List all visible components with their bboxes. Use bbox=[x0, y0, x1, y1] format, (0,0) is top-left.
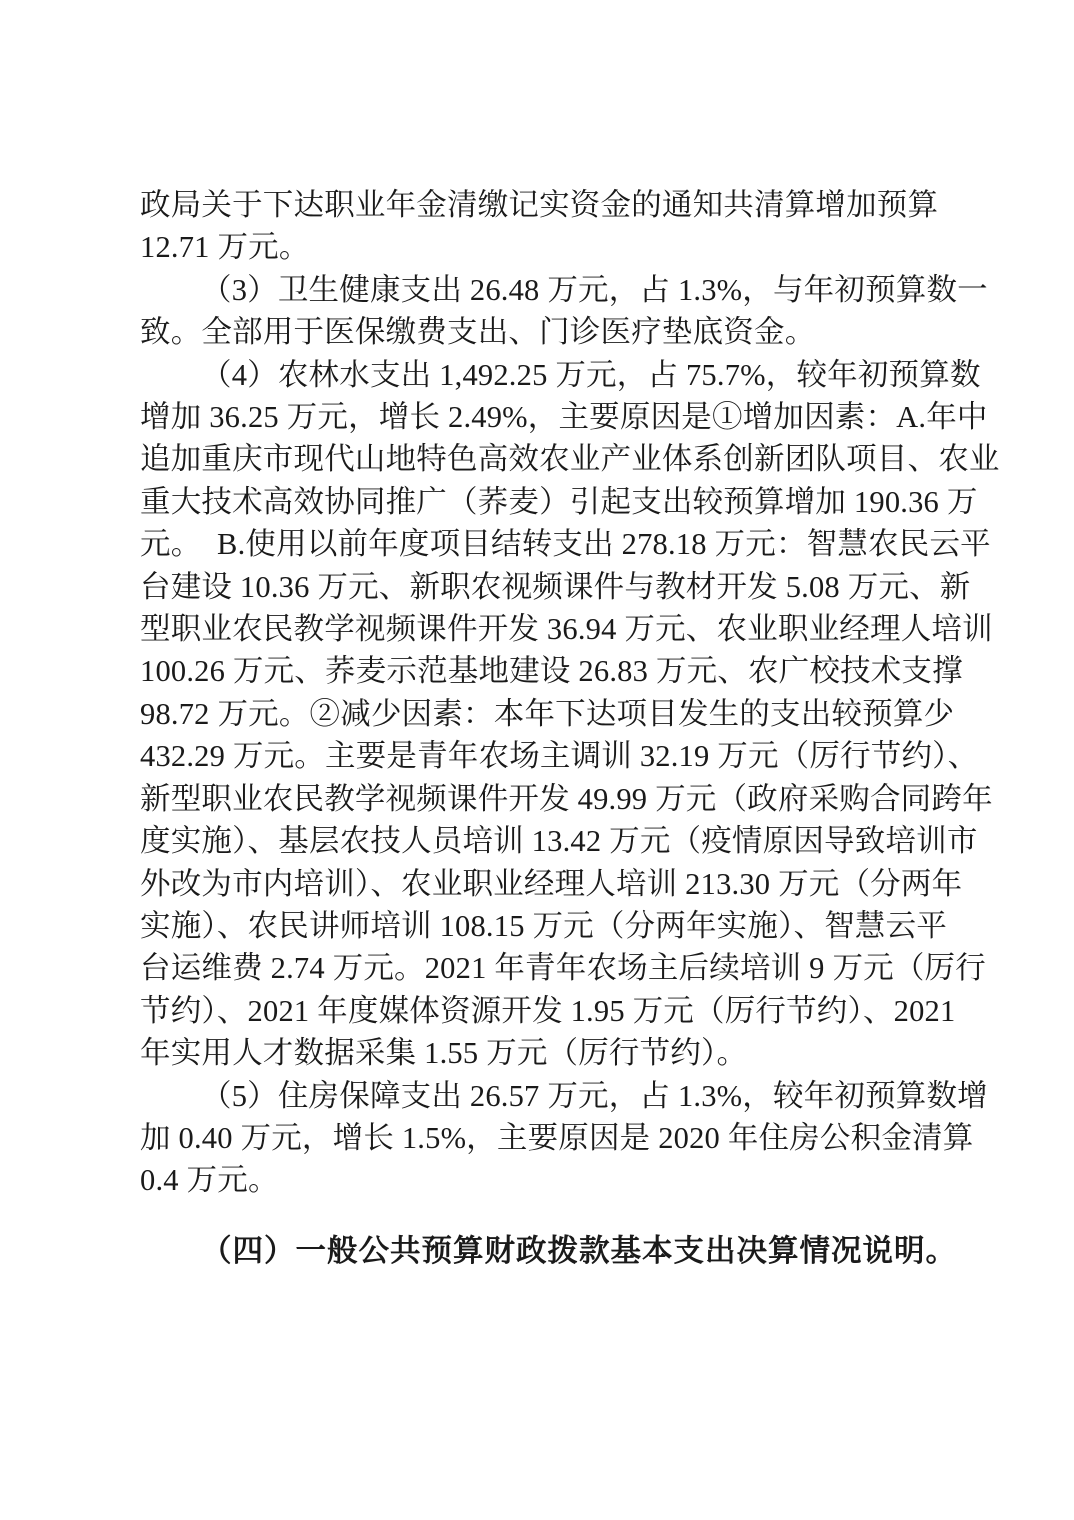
text-line: 外改为市内培训）、农业职业经理人培训 213.30 万元（分两年 bbox=[140, 863, 940, 905]
text-line: 型职业农民教学视频课件开发 36.94 万元、农业职业经理人培训 bbox=[140, 608, 940, 650]
section-heading-4-basic-expenditure-statement: （四）一般公共预算财政拨款基本支出决算情况说明。 bbox=[140, 1230, 940, 1272]
document-body: 政局关于下达职业年金清缴记实资金的通知共清算增加预算12.71 万元。（3）卫生… bbox=[140, 184, 940, 1272]
text-line: 432.29 万元。主要是青年农场主调训 32.19 万元（厉行节约）、 bbox=[140, 735, 940, 777]
text-line: 100.26 万元、荞麦示范基地建设 26.83 万元、农广校技术支撑 bbox=[140, 650, 940, 692]
text-line: 度实施）、基层农技人员培训 13.42 万元（疫情原因导致培训市 bbox=[140, 820, 940, 862]
text-line: 重大技术高效协同推广（荞麦）引起支出较预算增加 190.36 万 bbox=[140, 481, 940, 523]
text-line: （四）一般公共预算财政拨款基本支出决算情况说明。 bbox=[140, 1230, 940, 1272]
paragraph-5-housing-security-expenditure: （5）住房保障支出 26.57 万元，占 1.3%，较年初预算数增加 0.40 … bbox=[140, 1075, 940, 1202]
paragraph-pension-annuity-continued: 政局关于下达职业年金清缴记实资金的通知共清算增加预算12.71 万元。 bbox=[140, 184, 940, 269]
document-page: 政局关于下达职业年金清缴记实资金的通知共清算增加预算12.71 万元。（3）卫生… bbox=[0, 0, 1074, 1520]
text-line: 致。全部用于医保缴费支出、门诊医疗垫底资金。 bbox=[140, 311, 940, 353]
text-line: （5）住房保障支出 26.57 万元，占 1.3%，较年初预算数增 bbox=[140, 1075, 940, 1117]
text-line: 节约）、2021 年度媒体资源开发 1.95 万元（厉行节约）、2021 bbox=[140, 990, 940, 1032]
text-line: 政局关于下达职业年金清缴记实资金的通知共清算增加预算 bbox=[140, 184, 940, 226]
paragraph-4-agriculture-forestry-water-expenditure: （4）农林水支出 1,492.25 万元，占 75.7%，较年初预算数增加 36… bbox=[140, 354, 940, 1075]
text-line: 0.4 万元。 bbox=[140, 1159, 940, 1201]
text-line: 实施）、农民讲师培训 108.15 万元（分两年实施）、智慧云平 bbox=[140, 905, 940, 947]
text-line: 98.72 万元。②减少因素：本年下达项目发生的支出较预算少 bbox=[140, 693, 940, 735]
text-line: 追加重庆市现代山地特色高效农业产业体系创新团队项目、农业 bbox=[140, 438, 940, 480]
text-line: 12.71 万元。 bbox=[140, 226, 940, 268]
text-line: 台建设 10.36 万元、新职农视频课件与教材开发 5.08 万元、新 bbox=[140, 566, 940, 608]
text-line: （3）卫生健康支出 26.48 万元，占 1.3%，与年初预算数一 bbox=[140, 269, 940, 311]
text-line: 台运维费 2.74 万元。2021 年青年农场主后续培训 9 万元（厉行 bbox=[140, 947, 940, 989]
text-line: 新型职业农民教学视频课件开发 49.99 万元（政府采购合同跨年 bbox=[140, 778, 940, 820]
paragraph-3-health-expenditure: （3）卫生健康支出 26.48 万元，占 1.3%，与年初预算数一致。全部用于医… bbox=[140, 269, 940, 354]
text-line: 年实用人才数据采集 1.55 万元（厉行节约）。 bbox=[140, 1032, 940, 1074]
text-line: 增加 36.25 万元，增长 2.49%，主要原因是①增加因素：A.年中 bbox=[140, 396, 940, 438]
text-line: （4）农林水支出 1,492.25 万元，占 75.7%，较年初预算数 bbox=[140, 354, 940, 396]
text-line: 元。 B.使用以前年度项目结转支出 278.18 万元：智慧农民云平 bbox=[140, 523, 940, 565]
text-line: 加 0.40 万元，增长 1.5%，主要原因是 2020 年住房公积金清算 bbox=[140, 1117, 940, 1159]
